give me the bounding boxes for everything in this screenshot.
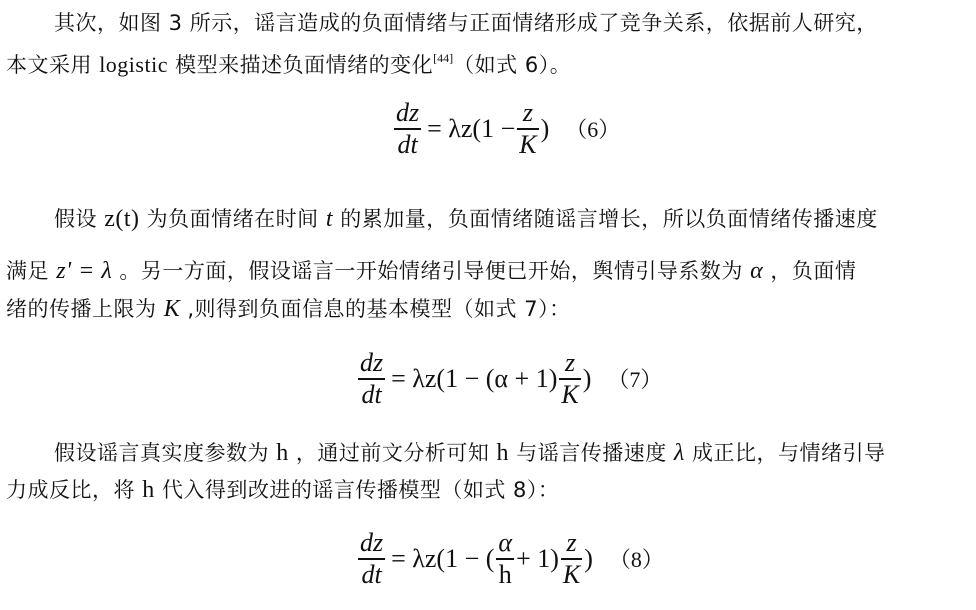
equation-number: （7）: [607, 363, 662, 394]
paragraph-2-line-1: 假设 z(t) 为负面情绪在时间 t 的累加量，负面情绪随谣言增长，所以负面情绪…: [54, 206, 878, 232]
text: （如式 6）。: [453, 53, 571, 77]
fraction-dz-dt: dz dt: [358, 348, 385, 410]
equation-7: dz dt = λz(1 − (α + 1) z K ) （7）: [356, 348, 662, 410]
fraction-z-K: z K: [517, 98, 538, 160]
var-lambda: λ: [674, 440, 685, 466]
text: 其次，如图 3 所示，谣言造成的负面情绪与正面情绪形成了竞争关系，依据前人研究，: [54, 11, 878, 35]
equation-8: dz dt = λz(1 − ( α h + 1) z K ) （8）: [356, 528, 664, 590]
paragraph-3-line-2: 力成反比，将 h 代入得到改进的谣言传播模型（如式 8）：: [6, 477, 559, 503]
var-alpha: α: [750, 258, 763, 284]
text: 模型来描述负面情绪的变化: [168, 53, 433, 77]
fraction-dz-dt: dz dt: [394, 98, 421, 160]
var-h: h: [276, 440, 289, 466]
equation-rhs: = λz(1 − (α + 1): [391, 364, 557, 394]
equation-number: （6）: [565, 113, 620, 144]
var-h: h: [142, 477, 155, 503]
fraction-z-K: z K: [561, 528, 582, 590]
equation-rhs: = λz(1 − (: [391, 544, 494, 574]
var-z-t: z(t): [104, 206, 139, 232]
paragraph-2-line-3: 绪的传播上限为 K ,则得到负面信息的基本模型（如式 7）：: [6, 296, 571, 322]
var-t: t: [326, 206, 333, 232]
equation-6: dz dt = λz(1 − z K ) （6）: [392, 98, 620, 160]
paragraph-2-line-2: 满足 z' = λ 。另一方面，假设谣言一开始情绪引导便已开始，舆情引导系数为 …: [6, 258, 856, 284]
var-z-prime: z' = λ: [56, 258, 112, 284]
fraction-dz-dt: dz dt: [358, 528, 385, 590]
text: 本文采用: [6, 53, 99, 77]
citation-ref[interactable]: [44]: [433, 51, 453, 65]
var-h: h: [497, 440, 510, 466]
paragraph-1-line-1: 其次，如图 3 所示，谣言造成的负面情绪与正面情绪形成了竞争关系，依据前人研究，: [54, 10, 878, 36]
equation-rhs: = λz(1 −: [427, 114, 515, 144]
fraction-z-K: z K: [559, 348, 580, 410]
paragraph-3-line-1: 假设谣言真实度参数为 h ，通过前文分析可知 h 与谣言传播速度 λ 成正比，与…: [54, 440, 886, 466]
paragraph-1-line-2: 本文采用 logistic 模型来描述负面情绪的变化[44]（如式 6）。: [6, 45, 571, 78]
term-logistic: logistic: [99, 52, 168, 77]
equation-number: （8）: [609, 543, 664, 574]
fraction-alpha-h: α h: [496, 528, 514, 590]
var-K: K: [164, 296, 181, 322]
